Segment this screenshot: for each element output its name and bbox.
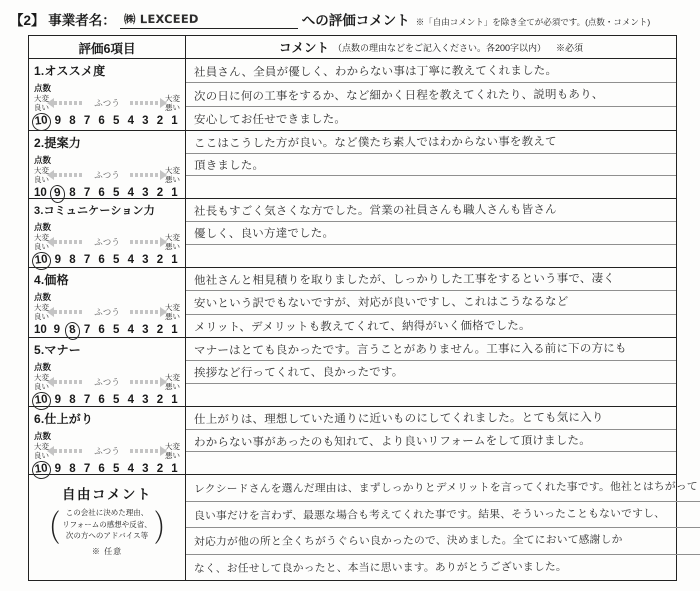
scale-number: 1 xyxy=(170,324,179,338)
handwritten-comment: 社員さん、全員が優しく、わからない事は丁寧に教えてくれました。 xyxy=(194,62,557,80)
scale-number: 1 xyxy=(170,254,179,268)
arrow-left-icon xyxy=(54,240,84,244)
score-label: 点数 xyxy=(34,430,180,442)
column-header-items: 評価6項目 xyxy=(29,36,186,58)
arrow-left-icon xyxy=(54,310,84,314)
scale-right-label: 大変悪い xyxy=(165,233,180,251)
arrow-left-icon xyxy=(54,173,84,177)
comment-cell: 社長もすごく気さくな方でした。営業の社員さんも職人さんも皆さん 優しく、良い方達… xyxy=(186,199,676,267)
comment-header-label: コメント xyxy=(279,38,329,56)
evaluation-row-communication: 3.コミュニケーション力 点数 大変良い ふつう 大変悪い 1098765432… xyxy=(29,198,676,267)
item-cell: 2.提案力 点数 大変良い ふつう 大変悪い 10987654321 xyxy=(29,131,186,198)
handwritten-comment: なく、お任せして良かったと、本当に思います。ありがとうございました。 xyxy=(194,559,567,576)
handwritten-comment: 社長もすごく気さくな方でした。営業の社員さんも職人さんも皆さん xyxy=(194,201,557,219)
scale-right-label: 大変悪い xyxy=(165,373,180,391)
scale-number: 1 xyxy=(170,115,179,129)
paren-close: ） xyxy=(154,498,178,551)
evaluation-table: 評価6項目 コメント （点数の理由などをご記入ください。各200字以内） ※必須… xyxy=(28,35,677,581)
scale-number: 3 xyxy=(141,115,150,129)
paren-open: （ xyxy=(36,498,60,551)
comment-cell: マナーはとても良かったです。言うことがありません。工事に入る前に下の方にも 挨拶… xyxy=(186,338,676,406)
handwritten-comment: 次の日に何の工事をするか、など細かく日程を教えてくれたり、説明もあり、 xyxy=(194,85,604,103)
comment-line: 安心してお任せできました。 xyxy=(186,107,676,130)
scale-number: 9 xyxy=(53,115,62,129)
arrow-left-icon xyxy=(54,380,84,384)
comment-line: 仕上がりは、理想していた通りに近いものにしてくれました。とても気に入り xyxy=(186,407,676,430)
score-numbers: 10987654321 xyxy=(34,115,180,131)
comment-line: 頂きました。 xyxy=(186,154,676,177)
scale-number: 2 xyxy=(155,324,164,338)
scale-right-label: 大変悪い xyxy=(165,303,180,321)
scale-middle-label: ふつう xyxy=(94,445,120,457)
item-title: 5.マナー xyxy=(34,341,180,358)
arrow-right-icon xyxy=(130,240,160,244)
handwritten-comment: 他社さんと相見積りを取りましたが、しっかりした工事をするという事で、凄く xyxy=(194,270,615,288)
handwritten-comment: メリット、デメリットも教えてくれて、納得がいく価格でした。 xyxy=(194,317,531,335)
handwritten-comment: 対応力が他の所と全くちがうぐらい良かったので、決めました。全てにおいて感謝しか xyxy=(194,532,623,549)
comment-line: 挨拶など行ってくれて、良かったです。 xyxy=(186,361,676,384)
score-label: 点数 xyxy=(34,221,180,233)
arrow-right-icon xyxy=(130,310,160,314)
item-title: 3.コミュニケーション力 xyxy=(34,202,180,218)
handwritten-comment: 優しく、良い方達でした。 xyxy=(194,225,334,242)
handwritten-comment: わからない事があったのも知れて、より良いリフォームをして頂けました。 xyxy=(194,431,591,449)
score-label: 点数 xyxy=(34,361,180,373)
evaluation-row-recommendation: 1.オススメ度 点数 大変良い ふつう 大変悪い 10987654321 社員さ… xyxy=(29,58,676,130)
scale-right-label: 大変悪い xyxy=(165,94,180,112)
table-header-row: 評価6項目 コメント （点数の理由などをご記入ください。各200字以内） ※必須 xyxy=(29,36,676,58)
item-title: 4.価格 xyxy=(34,271,180,288)
item-title: 1.オススメ度 xyxy=(34,62,180,79)
free-comment-description-text: この会社に決めた理由、 リフォームの感想や反省、 次の方へのアドバイス等 xyxy=(62,507,152,542)
handwritten-comment: 仕上がりは、理想していた通りに近いものにしてくれました。とても気に入り xyxy=(194,409,604,427)
arrow-right-icon xyxy=(130,173,160,177)
handwritten-comment: 良い事だけを言わず、最悪な場合も考えてくれた事です。結果、そういったこともないで… xyxy=(194,506,665,523)
comment-line: 良い事だけを言わず、最悪な場合も考えてくれた事です。結果、そういったこともないで… xyxy=(186,502,700,529)
comment-line: 次の日に何の工事をするか、など細かく日程を教えてくれたり、説明もあり、 xyxy=(186,83,676,107)
comment-line: 社長もすごく気さくな方でした。営業の社員さんも職人さんも皆さん xyxy=(186,199,676,222)
item-cell: 6.仕上がり 点数 大変良い ふつう 大変悪い 10987654321 xyxy=(29,407,186,474)
item-cell: 5.マナー 点数 大変良い ふつう 大変悪い 10987654321 xyxy=(29,338,186,406)
scale-number: 8 xyxy=(68,394,77,408)
item-title: 2.提案力 xyxy=(34,134,180,151)
score-scale: 大変良い ふつう 大変悪い xyxy=(34,166,180,184)
item-cell: 1.オススメ度 点数 大変良い ふつう 大変悪い 10987654321 xyxy=(29,59,186,130)
scale-right-label: 大変悪い xyxy=(165,166,180,184)
free-comment-label-cell: 自由コメント （ この会社に決めた理由、 リフォームの感想や反省、 次の方へのア… xyxy=(29,475,186,580)
evaluation-row-proposal: 2.提案力 点数 大変良い ふつう 大変悪い 10987654321 ここはこう… xyxy=(29,130,676,198)
scale-number: 7 xyxy=(83,324,92,338)
arrow-left-icon xyxy=(54,449,84,453)
free-comment-description: （ この会社に決めた理由、 リフォームの感想や反省、 次の方へのアドバイス等 ） xyxy=(34,507,180,542)
comment-line: メリット、デメリットも教えてくれて、納得がいく価格でした。 xyxy=(186,315,676,337)
comment-line: なく、お任せして良かったと、本当に思います。ありがとうございました。 xyxy=(186,555,700,581)
business-name-field: ㈱ LEXCEED xyxy=(120,10,298,29)
form-header: 【2】 事業者名： ㈱ LEXCEED への評価コメント ※「自由コメント」を除… xyxy=(10,9,688,29)
score-label: 点数 xyxy=(34,82,180,94)
scale-middle-label: ふつう xyxy=(94,376,120,388)
free-comment-row: 自由コメント （ この会社に決めた理由、 リフォームの感想や反省、 次の方へのア… xyxy=(29,474,676,580)
handwritten-comment: ここはこうした方が良い。など僕たち素人ではわからない事を教えて xyxy=(194,133,557,151)
scale-number: 5 xyxy=(112,115,121,129)
comment-line xyxy=(186,176,676,198)
business-name-label: 【2】 事業者名： xyxy=(10,9,116,29)
comment-line: 安いという訳でもないですが、対応が良いですし、これはこうなるなど xyxy=(186,291,676,314)
scale-middle-label: ふつう xyxy=(94,306,120,318)
handwritten-comment: レクシードさんを選んだ理由は、まずしっかりとデメリットを言ってくれた事です。他社… xyxy=(194,479,698,497)
comment-cell: 他社さんと相見積りを取りましたが、しっかりした工事をするという事で、凄く 安いと… xyxy=(186,268,676,337)
comment-cell: 仕上がりは、理想していた通りに近いものにしてくれました。とても気に入り わからな… xyxy=(186,407,676,474)
scale-number: 4 xyxy=(126,324,135,338)
comment-line xyxy=(186,452,676,474)
evaluation-row-price: 4.価格 点数 大変良い ふつう 大変悪い 10987654321 他社さんと相… xyxy=(29,267,676,337)
arrow-right-icon xyxy=(130,380,160,384)
free-comment-cell: レクシードさんを選んだ理由は、まずしっかりとデメリットを言ってくれた事です。他社… xyxy=(186,475,700,580)
handwritten-comment: 頂きました。 xyxy=(194,156,264,172)
comment-cell: ここはこうした方が良い。など僕たち素人ではわからない事を教えて 頂きました。 xyxy=(186,131,676,198)
scale-number: 6 xyxy=(97,394,106,408)
comment-line: ここはこうした方が良い。など僕たち素人ではわからない事を教えて xyxy=(186,131,676,154)
comment-line xyxy=(186,245,676,267)
scale-number: 9 xyxy=(53,254,62,268)
selected-score-circle: 10 xyxy=(31,112,52,132)
header-suffix: への評価コメント xyxy=(302,9,410,29)
comment-line xyxy=(186,384,676,406)
scale-number: 5 xyxy=(112,394,121,408)
evaluation-row-manner: 5.マナー 点数 大変良い ふつう 大変悪い 10987654321 マナーはと… xyxy=(29,337,676,406)
scale-number: 5 xyxy=(112,254,121,268)
score-scale: 大変良い ふつう 大変悪い xyxy=(34,373,180,391)
comment-line: マナーはとても良かったです。言うことがありません。工事に入る前に下の方にも xyxy=(186,338,676,361)
evaluation-row-finish: 6.仕上がり 点数 大変良い ふつう 大変悪い 10987654321 仕上がり… xyxy=(29,406,676,474)
scale-number: 6 xyxy=(97,324,106,338)
scale-number: 5 xyxy=(112,324,121,338)
score-scale: 大変良い ふつう 大変悪い xyxy=(34,233,180,251)
comment-line: 優しく、良い方達でした。 xyxy=(186,222,676,245)
scale-number: 3 xyxy=(141,324,150,338)
handwritten-comment: 安いという訳でもないですが、対応が良いですし、これはこうなるなど xyxy=(194,294,568,312)
comment-line: 社員さん、全員が優しく、わからない事は丁寧に教えてくれました。 xyxy=(186,59,676,83)
scale-middle-label: ふつう xyxy=(94,169,120,181)
scale-number: 6 xyxy=(97,115,106,129)
item-title: 6.仕上がり xyxy=(34,410,180,427)
scale-number: 4 xyxy=(126,115,135,129)
score-scale: 大変良い ふつう 大変悪い xyxy=(34,94,180,112)
comment-cell: 社員さん、全員が優しく、わからない事は丁寧に教えてくれました。 次の日に何の工事… xyxy=(186,59,676,130)
scale-number: 9 xyxy=(52,324,61,338)
business-name-value: ㈱ LEXCEED xyxy=(120,11,199,27)
handwritten-comment: マナーはとても良かったです。言うことがありません。工事に入る前に下の方にも xyxy=(194,340,627,358)
scale-number: 8 xyxy=(68,254,77,268)
handwritten-comment: 挨拶など行ってくれて、良かったです。 xyxy=(194,363,404,380)
scale-number: 3 xyxy=(141,254,150,268)
scale-number: 6 xyxy=(97,254,106,268)
comment-header-required: ※必須 xyxy=(556,41,583,54)
scale-number: 4 xyxy=(126,254,135,268)
comment-header-note: （点数の理由などをご記入ください。各200字以内） xyxy=(333,41,546,54)
scale-number: 2 xyxy=(155,254,164,268)
comment-line: 対応力が他の所と全くちがうぐらい良かったので、決めました。全てにおいて感謝しか xyxy=(186,528,700,555)
comment-line: 他社さんと相見積りを取りましたが、しっかりした工事をするという事で、凄く xyxy=(186,268,676,291)
score-label: 点数 xyxy=(34,291,180,303)
scale-number: 3 xyxy=(141,394,150,408)
item-cell: 3.コミュニケーション力 点数 大変良い ふつう 大変悪い 1098765432… xyxy=(29,199,186,267)
scale-number: 2 xyxy=(155,115,164,129)
scale-number: 7 xyxy=(83,115,92,129)
score-label: 点数 xyxy=(34,154,180,166)
scale-number: 1 xyxy=(170,394,179,408)
scale-number: 2 xyxy=(155,394,164,408)
scale-middle-label: ふつう xyxy=(94,97,120,109)
comment-line: レクシードさんを選んだ理由は、まずしっかりとデメリットを言ってくれた事です。他社… xyxy=(186,475,700,502)
column-header-comment: コメント （点数の理由などをご記入ください。各200字以内） ※必須 xyxy=(186,36,676,58)
item-cell: 4.価格 点数 大変良い ふつう 大変悪い 10987654321 xyxy=(29,268,186,337)
score-scale: 大変良い ふつう 大変悪い xyxy=(34,303,180,321)
required-note: ※「自由コメント」を除き全てが必須です。(点数・コメント) xyxy=(416,16,650,29)
scale-middle-label: ふつう xyxy=(94,236,120,248)
arrow-right-icon xyxy=(130,101,160,105)
evaluation-form-page: 【2】 事業者名： ㈱ LEXCEED への評価コメント ※「自由コメント」を除… xyxy=(0,0,700,591)
scale-number: 8 xyxy=(68,115,77,129)
score-scale: 大変良い ふつう 大変悪い xyxy=(34,442,180,460)
handwritten-comment: 安心してお任せできました。 xyxy=(194,110,346,127)
comment-line: わからない事があったのも知れて、より良いリフォームをして頂けました。 xyxy=(186,430,676,453)
scale-number: 10 xyxy=(34,324,47,338)
arrow-left-icon xyxy=(54,101,84,105)
scale-number: 4 xyxy=(126,394,135,408)
scale-right-label: 大変悪い xyxy=(165,442,180,460)
arrow-right-icon xyxy=(130,449,160,453)
scale-number: 9 xyxy=(53,394,62,408)
scale-number: 7 xyxy=(83,254,92,268)
scale-number: 7 xyxy=(83,394,92,408)
